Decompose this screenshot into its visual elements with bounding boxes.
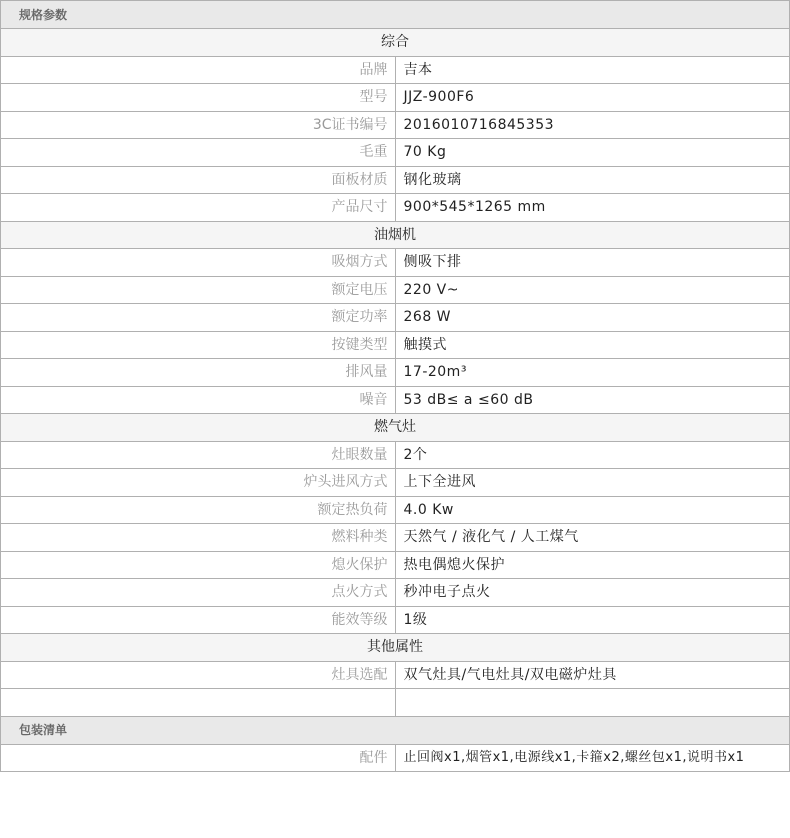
spec-table: 规格参数 综合 品牌吉本 型号JJZ-900F6 3C证书编号201601071… (0, 0, 790, 772)
spec-row: 额定电压220 V~ (1, 276, 790, 304)
section-header-packing: 包装清单 (1, 716, 790, 744)
spec-value: 220 V~ (395, 276, 790, 304)
spec-label: 额定电压 (1, 276, 396, 304)
spec-label: 熄火保护 (1, 551, 396, 579)
spec-value: 53 dB≤ a ≤60 dB (395, 386, 790, 414)
spec-value: 秒冲电子点火 (395, 579, 790, 607)
spec-value: 2016010716845353 (395, 111, 790, 139)
spec-value: 2个 (395, 441, 790, 469)
spec-row: 吸烟方式侧吸下排 (1, 249, 790, 277)
spec-label: 毛重 (1, 139, 396, 167)
spec-row: 品牌吉本 (1, 56, 790, 84)
group-header-general: 综合 (1, 29, 790, 57)
spec-row: 额定功率268 W (1, 304, 790, 332)
spec-row: 灶眼数量2个 (1, 441, 790, 469)
spec-label: 点火方式 (1, 579, 396, 607)
spec-value: 热电偶熄火保护 (395, 551, 790, 579)
spec-row: 按键类型触摸式 (1, 331, 790, 359)
spec-value (395, 689, 790, 717)
group-header-gas-stove: 燃气灶 (1, 414, 790, 442)
spec-label: 燃料种类 (1, 524, 396, 552)
spec-row: 排风量17-20m³ (1, 359, 790, 387)
spec-label: 炉头进风方式 (1, 469, 396, 497)
spec-row: 额定热负荷4.0 Kw (1, 496, 790, 524)
spec-row: 点火方式秒冲电子点火 (1, 579, 790, 607)
spec-row-empty (1, 689, 790, 717)
spec-value: 17-20m³ (395, 359, 790, 387)
spec-row: 产品尺寸900*545*1265 mm (1, 194, 790, 222)
spec-label: 吸烟方式 (1, 249, 396, 277)
spec-row: 型号JJZ-900F6 (1, 84, 790, 112)
section-header-specs: 规格参数 (1, 1, 790, 29)
packing-value: 止回阀x1,烟管x1,电源线x1,卡箍x2,螺丝包x1,说明书x1 (395, 744, 790, 772)
spec-label: 产品尺寸 (1, 194, 396, 222)
spec-label: 3C证书编号 (1, 111, 396, 139)
spec-row: 燃料种类天然气 / 液化气 / 人工煤气 (1, 524, 790, 552)
spec-label: 额定功率 (1, 304, 396, 332)
spec-row: 炉头进风方式上下全进风 (1, 469, 790, 497)
spec-label: 按键类型 (1, 331, 396, 359)
spec-value: 钢化玻璃 (395, 166, 790, 194)
spec-value: 侧吸下排 (395, 249, 790, 277)
spec-row: 灶具选配双气灶具/气电灶具/双电磁炉灶具 (1, 661, 790, 689)
spec-label: 灶具选配 (1, 661, 396, 689)
group-header-range-hood: 油烟机 (1, 221, 790, 249)
spec-row: 熄火保护热电偶熄火保护 (1, 551, 790, 579)
spec-value: 268 W (395, 304, 790, 332)
spec-label: 能效等级 (1, 606, 396, 634)
spec-label: 型号 (1, 84, 396, 112)
spec-label: 灶眼数量 (1, 441, 396, 469)
group-header-other: 其他属性 (1, 634, 790, 662)
spec-value: 吉本 (395, 56, 790, 84)
spec-value: 1级 (395, 606, 790, 634)
spec-value: 70 Kg (395, 139, 790, 167)
spec-label: 额定热负荷 (1, 496, 396, 524)
spec-row: 毛重70 Kg (1, 139, 790, 167)
spec-label: 品牌 (1, 56, 396, 84)
spec-value: 上下全进风 (395, 469, 790, 497)
spec-label: 排风量 (1, 359, 396, 387)
spec-value: 天然气 / 液化气 / 人工煤气 (395, 524, 790, 552)
spec-label (1, 689, 396, 717)
spec-value: JJZ-900F6 (395, 84, 790, 112)
spec-label: 面板材质 (1, 166, 396, 194)
packing-row: 配件止回阀x1,烟管x1,电源线x1,卡箍x2,螺丝包x1,说明书x1 (1, 744, 790, 772)
spec-value: 双气灶具/气电灶具/双电磁炉灶具 (395, 661, 790, 689)
spec-row: 面板材质钢化玻璃 (1, 166, 790, 194)
spec-row: 噪音53 dB≤ a ≤60 dB (1, 386, 790, 414)
spec-row: 能效等级1级 (1, 606, 790, 634)
packing-label: 配件 (1, 744, 396, 772)
spec-value: 触摸式 (395, 331, 790, 359)
spec-label: 噪音 (1, 386, 396, 414)
spec-row: 3C证书编号2016010716845353 (1, 111, 790, 139)
spec-value: 900*545*1265 mm (395, 194, 790, 222)
spec-value: 4.0 Kw (395, 496, 790, 524)
